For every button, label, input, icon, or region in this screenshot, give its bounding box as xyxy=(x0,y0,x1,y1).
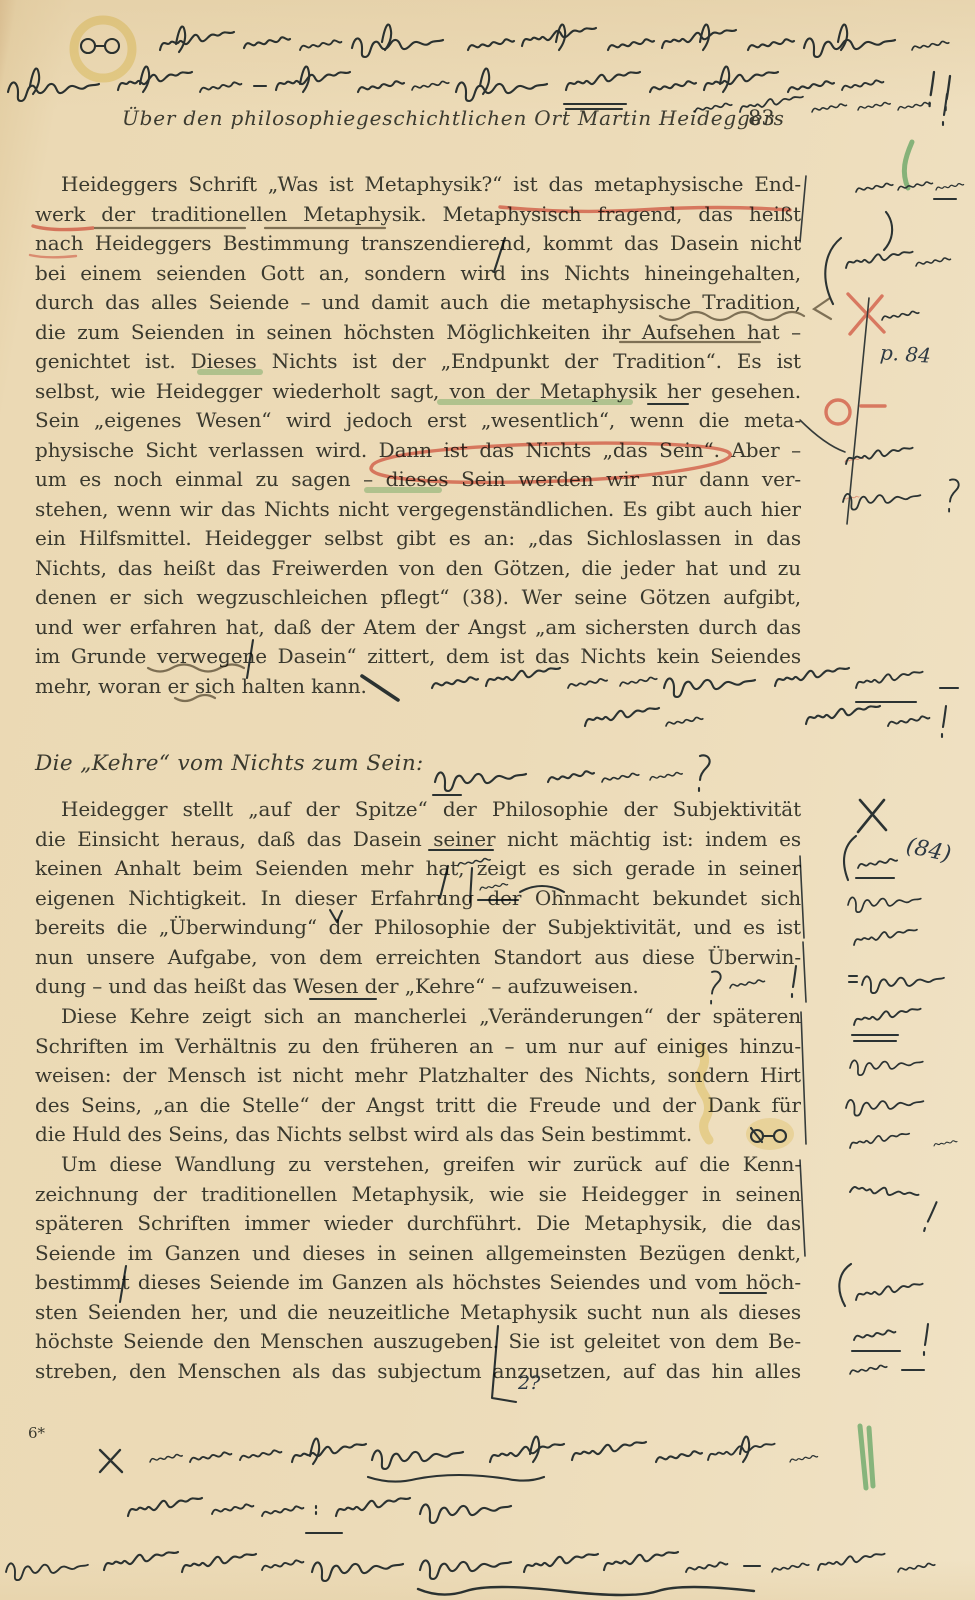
running-title: Über den philosophiegeschichtlichen Ort … xyxy=(122,106,785,130)
paper-top-shade xyxy=(0,0,975,110)
text-line: die zum Seienden in seinen höchsten Mögl… xyxy=(35,318,801,348)
margin-note-page-ref: p. 84 xyxy=(879,340,932,367)
text-line: Diese Kehre zeigt sich an mancherlei „Ve… xyxy=(35,1002,801,1032)
text-line: stehen, wenn wir das Nichts nicht vergeg… xyxy=(35,495,801,525)
text-line: und wer erfahren hat, daß der Atem der A… xyxy=(35,613,801,643)
text-line: ein Hilfsmittel. Heidegger selbst gibt e… xyxy=(35,524,801,554)
text-line: keinen Anhalt beim Seienden mehr hat, ze… xyxy=(35,854,801,884)
handwriting-margin-notes-lower xyxy=(839,800,957,1374)
text-line: eigenen Nichtigkeit. In dieser Erfahrung… xyxy=(35,884,801,914)
text-line: dung – und das heißt das Wesen der „Kehr… xyxy=(35,972,801,1002)
paper-bottom-shade xyxy=(0,1560,975,1600)
signature-mark: 6* xyxy=(28,1424,45,1442)
margin-note-query: 2? xyxy=(518,1372,540,1394)
text-line: die Huld des Seins, das Nichts selbst wi… xyxy=(35,1120,801,1150)
text-line: Um diese Wandlung zu verstehen, greifen … xyxy=(35,1150,801,1180)
book-page-scan: Über den philosophiegeschichtlichen Ort … xyxy=(0,0,975,1600)
text-line: Sein „eigenes Wesen“ wird jedoch erst „w… xyxy=(35,406,801,436)
text-line: bestimmt dieses Seiende im Ganzen als hö… xyxy=(35,1268,801,1298)
paragraph-1: Heideggers Schrift „Was ist Metaphysik?“… xyxy=(35,170,801,701)
text-line: Seiende im Ganzen und dieses in seinen a… xyxy=(35,1239,801,1269)
text-line: denen er sich wegzuschleichen pflegt“ (3… xyxy=(35,583,801,613)
section-heading: Die „Kehre“ vom Nichts zum Sein: xyxy=(35,751,424,776)
text-line: die Einsicht heraus, daß das Dasein sein… xyxy=(35,825,801,855)
text-line: späteren Schriften immer wieder durchfüh… xyxy=(35,1209,801,1239)
text-line: Schriften im Verhältnis zu den früheren … xyxy=(35,1032,801,1062)
text-line: physische Sicht verlassen wird. Dann ist… xyxy=(35,436,801,466)
text-line: Nichts, das heißt das Freiwerden von den… xyxy=(35,554,801,584)
text-line: durch das alles Seiende – und damit auch… xyxy=(35,288,801,318)
text-line: bei einem seienden Gott an, sondern wird… xyxy=(35,259,801,289)
text-line: Heidegger stellt „auf der Spitze“ der Ph… xyxy=(35,795,801,825)
margin-note-page-ref-paren: (84) xyxy=(904,834,953,868)
text-line: genichtet ist. Dieses Nichts ist der „En… xyxy=(35,347,801,377)
text-line: bereits die „Überwindung“ der Philosophi… xyxy=(35,913,801,943)
page-number: 83 xyxy=(748,106,775,130)
text-line: streben, den Menschen als das subjectum … xyxy=(35,1357,801,1387)
text-line: werk der traditionellen Metaphysik. Meta… xyxy=(35,200,801,230)
text-line: mehr, woran er sich halten kann. xyxy=(35,672,801,702)
text-line: selbst, wie Heidegger wiederholt sagt, v… xyxy=(35,377,801,407)
text-line: im Grunde verwegene Dasein“ zittert, dem… xyxy=(35,642,801,672)
text-line: Heideggers Schrift „Was ist Metaphysik?“… xyxy=(35,170,801,200)
text-line: um es noch einmal zu sagen – dieses Sein… xyxy=(35,465,801,495)
paragraph-2: Heidegger stellt „auf der Spitze“ der Ph… xyxy=(35,795,801,1002)
text-line: sten Seienden her, und die neuzeitliche … xyxy=(35,1298,801,1328)
paragraph-4: Um diese Wandlung zu verstehen, greifen … xyxy=(35,1150,801,1386)
text-line: nach Heideggers Bestimmung transzendiere… xyxy=(35,229,801,259)
paragraph-3: Diese Kehre zeigt sich an mancherlei „Ve… xyxy=(35,1002,801,1150)
text-line: höchste Seiende den Menschen auszugeben.… xyxy=(35,1327,801,1357)
text-line: des Seins, „an die Stelle“ der Angst tri… xyxy=(35,1091,801,1121)
text-line: zeichnung der traditionellen Metaphysik,… xyxy=(35,1180,801,1210)
text-line: nun unsere Aufgabe, von dem erreichten S… xyxy=(35,943,801,973)
text-line: weisen: der Mensch ist nicht mehr Platzh… xyxy=(35,1061,801,1091)
